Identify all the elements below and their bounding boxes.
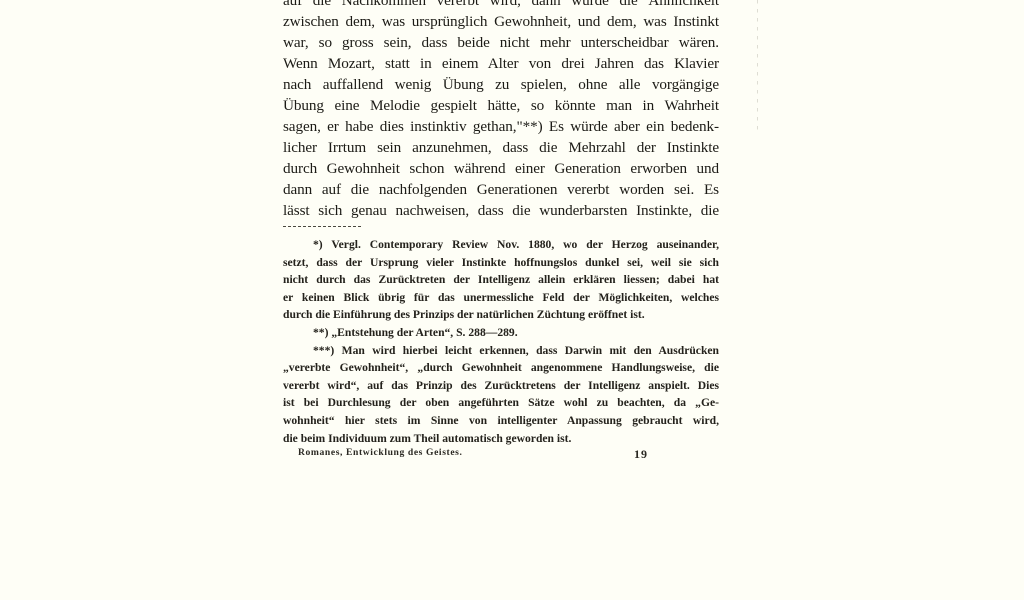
scanned-book-page: auf die Nachkommen vererbt wird, dann wü…	[0, 0, 1024, 600]
body-line: zwischen dem, was ursprünglich Gewohnhei…	[283, 11, 719, 32]
body-line: durch Gewohnheit schon während einer Gen…	[283, 158, 719, 179]
footnote-1-line: durch die Einführung des Prinzips der na…	[283, 306, 719, 324]
footnote-1-line: setzt, dass der Ursprung vieler Instinkt…	[283, 254, 719, 272]
footnote-3-line: „vererbte Gewohnheit“, „durch Gewohnheit…	[283, 359, 719, 377]
body-line: licher Irrtum sein anzunehmen, dass die …	[283, 137, 719, 158]
footnote-1-line: *) Vergl. Contemporary Review Nov. 1880,…	[283, 236, 719, 254]
body-line: sagen, er habe dies instinktiv gethan,"*…	[283, 116, 719, 137]
footnote-1-line: er keinen Blick übrig für das unermessli…	[283, 289, 719, 307]
footnote-3-line: wohnheit“ hier stets im Sinne von intell…	[283, 412, 719, 430]
footnote-2-line: **) „Entstehung der Arten“, S. 288—289.	[283, 324, 719, 342]
footnote-3-line: ist bei Durchlesung der oben angeführten…	[283, 394, 719, 412]
main-body-text: auf die Nachkommen vererbt wird, dann wü…	[283, 0, 719, 221]
page-footer: Romanes, Entwicklung des Geistes. 19	[298, 447, 658, 458]
body-line: nach auffallend wenig Übung zu spielen, …	[283, 74, 719, 95]
footnote-separator-rule	[283, 226, 361, 227]
body-line: dann auf die nachfolgenden Generationen …	[283, 179, 719, 200]
footnote-3-line: vererbt wird“, auf das Prinzip des Zurüc…	[283, 377, 719, 395]
scan-margin-artifact	[757, 0, 758, 130]
body-line: lässt sich genau nachweisen, dass die wu…	[283, 200, 719, 221]
body-line: Wenn Mozart, statt in einem Alter von dr…	[283, 53, 719, 74]
footnote-3-line: die beim Individuum zum Theil automatisc…	[283, 430, 719, 448]
body-line: Übung eine Melodie gespielt hätte, so kö…	[283, 95, 719, 116]
signature-line: Romanes, Entwicklung des Geistes.	[298, 447, 463, 458]
body-line: war, so gross sein, dass beide nicht meh…	[283, 32, 719, 53]
body-line: auf die Nachkommen vererbt wird, dann wü…	[283, 0, 719, 11]
footnote-1-line: nicht durch das Zurücktreten der Intelli…	[283, 271, 719, 289]
footnotes: *) Vergl. Contemporary Review Nov. 1880,…	[283, 236, 719, 447]
footnote-3-line: ***) Man wird hierbei leicht erkennen, d…	[283, 342, 719, 360]
sheet-number: 19	[634, 447, 648, 462]
